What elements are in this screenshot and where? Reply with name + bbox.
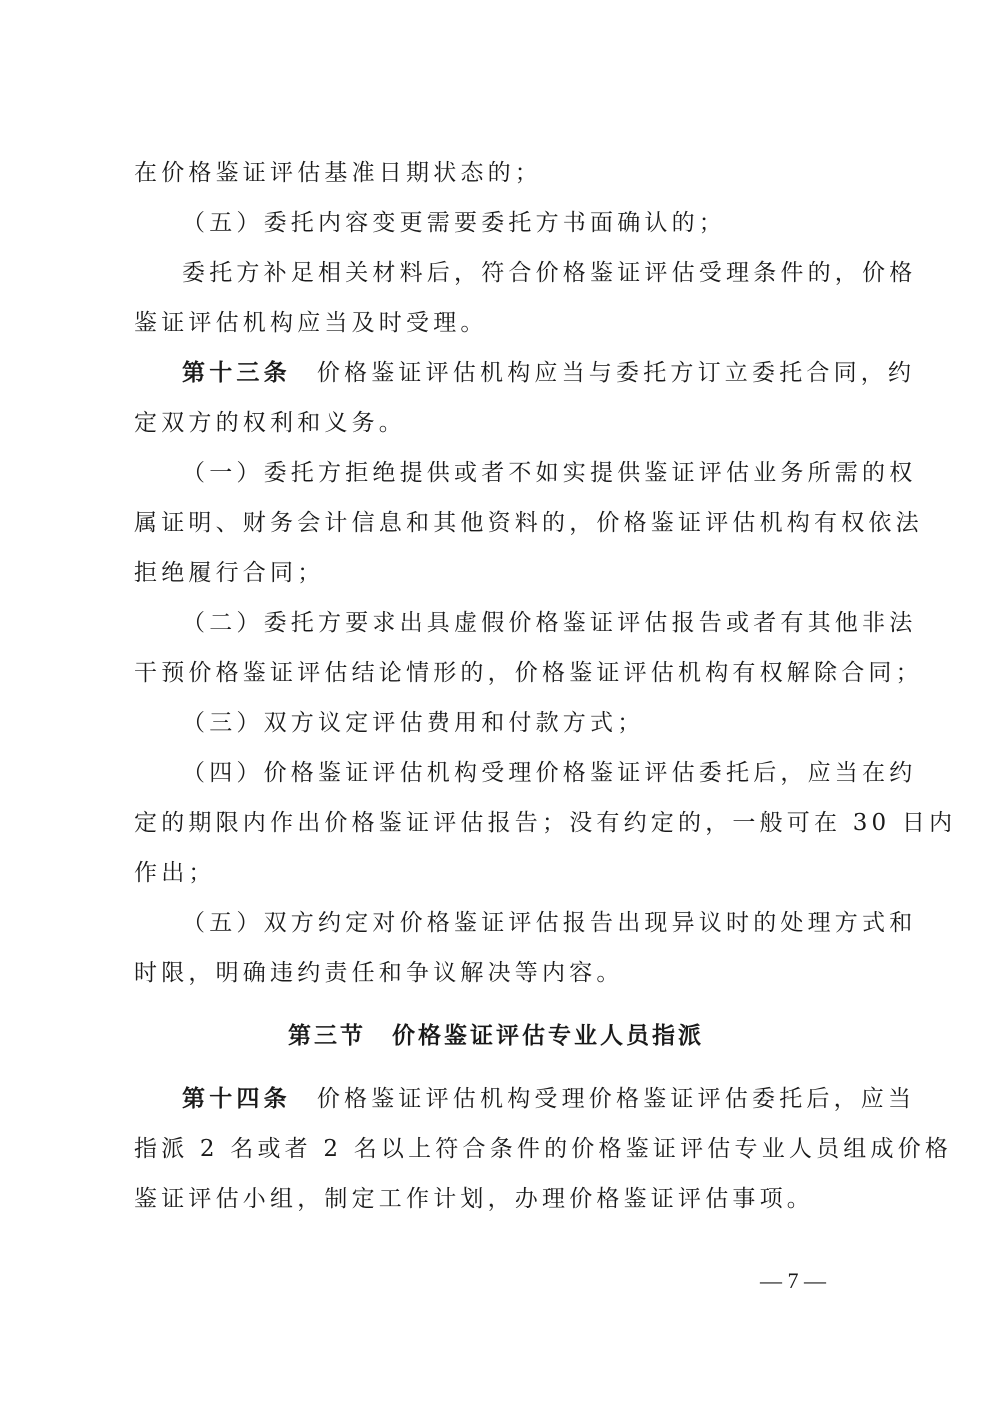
text-line: 鉴证评估机构应当及时受理。 [134, 308, 488, 338]
section-title: 价格鉴证评估专业人员指派 [392, 1023, 704, 1049]
text-line: 作出； [134, 858, 216, 888]
text-line: （五）委托内容变更需要委托方书面确认的； [182, 208, 726, 238]
text-line: 拒绝履行合同； [134, 558, 324, 588]
text-line: 定双方的权利和义务。 [134, 408, 406, 438]
section-heading: 第三节价格鉴证评估专业人员指派 [134, 1021, 858, 1051]
article-13-label: 第十三条 [182, 360, 291, 386]
text-line: （四）价格鉴证评估机构受理价格鉴证评估委托后，应当在约 [182, 758, 916, 788]
article-14-text: 价格鉴证评估机构受理价格鉴证评估委托后，应当 [317, 1086, 915, 1112]
article-13-text: 价格鉴证评估机构应当与委托方订立委托合同，约 [317, 360, 915, 386]
section-label: 第三节 [288, 1023, 366, 1049]
text-line: 委托方补足相关材料后，符合价格鉴证评估受理条件的，价格 [182, 258, 916, 288]
text-line: 在价格鉴证评估基准日期状态的； [134, 158, 542, 188]
text-line: 指派 2 名或者 2 名以上符合条件的价格鉴证评估专业人员组成价格 [134, 1134, 952, 1164]
article-14-first-line: 第十四条价格鉴证评估机构受理价格鉴证评估委托后，应当 [182, 1084, 915, 1114]
text-line: （一）委托方拒绝提供或者不如实提供鉴证评估业务所需的权 [182, 458, 916, 488]
article-14-label: 第十四条 [182, 1086, 291, 1112]
text-line: （二）委托方要求出具虚假价格鉴证评估报告或者有其他非法 [182, 608, 916, 638]
text-line: 时限，明确违约责任和争议解决等内容。 [134, 958, 624, 988]
text-line: 定的期限内作出价格鉴证评估报告；没有约定的，一般可在 30 日内 [134, 808, 956, 838]
text-line: 鉴证评估小组，制定工作计划，办理价格鉴证评估事项。 [134, 1184, 814, 1214]
text-line: 属证明、财务会计信息和其他资料的，价格鉴证评估机构有权依法 [134, 508, 923, 538]
article-13-first-line: 第十三条价格鉴证评估机构应当与委托方订立委托合同，约 [182, 358, 915, 388]
text-line: 干预价格鉴证评估结论情形的，价格鉴证评估机构有权解除合同； [134, 658, 923, 688]
page-number: — 7 — [760, 1268, 826, 1294]
text-line: （三）双方议定评估费用和付款方式； [182, 708, 644, 738]
text-line: （五）双方约定对价格鉴证评估报告出现异议时的处理方式和 [182, 908, 916, 938]
